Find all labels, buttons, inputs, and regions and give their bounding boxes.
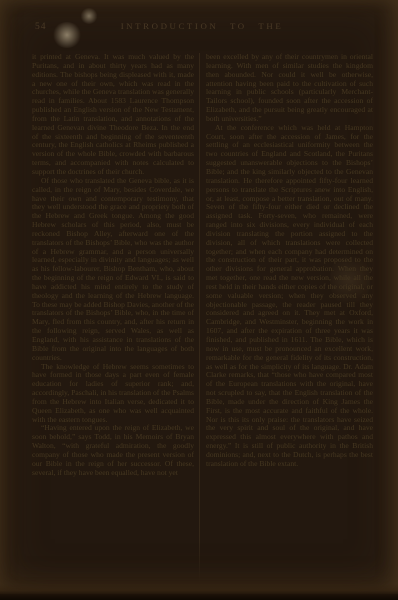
paper: 54 INTRODUCTION TO THE it printed at Gen…: [0, 0, 398, 594]
paragraph: The knowledge of Hebrew seems sometimes …: [32, 363, 194, 425]
running-title: INTRODUCTION TO THE: [32, 21, 372, 31]
left-column: it printed at Geneva. It was much valued…: [32, 53, 199, 583]
text-columns: it printed at Geneva. It was much valued…: [32, 53, 373, 583]
page-header: 54 INTRODUCTION TO THE: [32, 21, 372, 35]
book-edge-shadow: [0, 584, 398, 600]
paragraph-continuation: it printed at Geneva. It was much valued…: [32, 53, 194, 177]
paragraph: Of those who translated the Geneva bible…: [32, 177, 194, 363]
paragraph-continuation: been excelled by any of their countrymen…: [206, 53, 373, 124]
right-column: been excelled by any of their countrymen…: [200, 53, 373, 583]
paragraph: At the conference which was held at Hamp…: [206, 124, 373, 469]
paragraph: “Having entered upon the reign of Elizab…: [32, 424, 194, 477]
scanned-book-page: 54 INTRODUCTION TO THE it printed at Gen…: [0, 0, 398, 600]
